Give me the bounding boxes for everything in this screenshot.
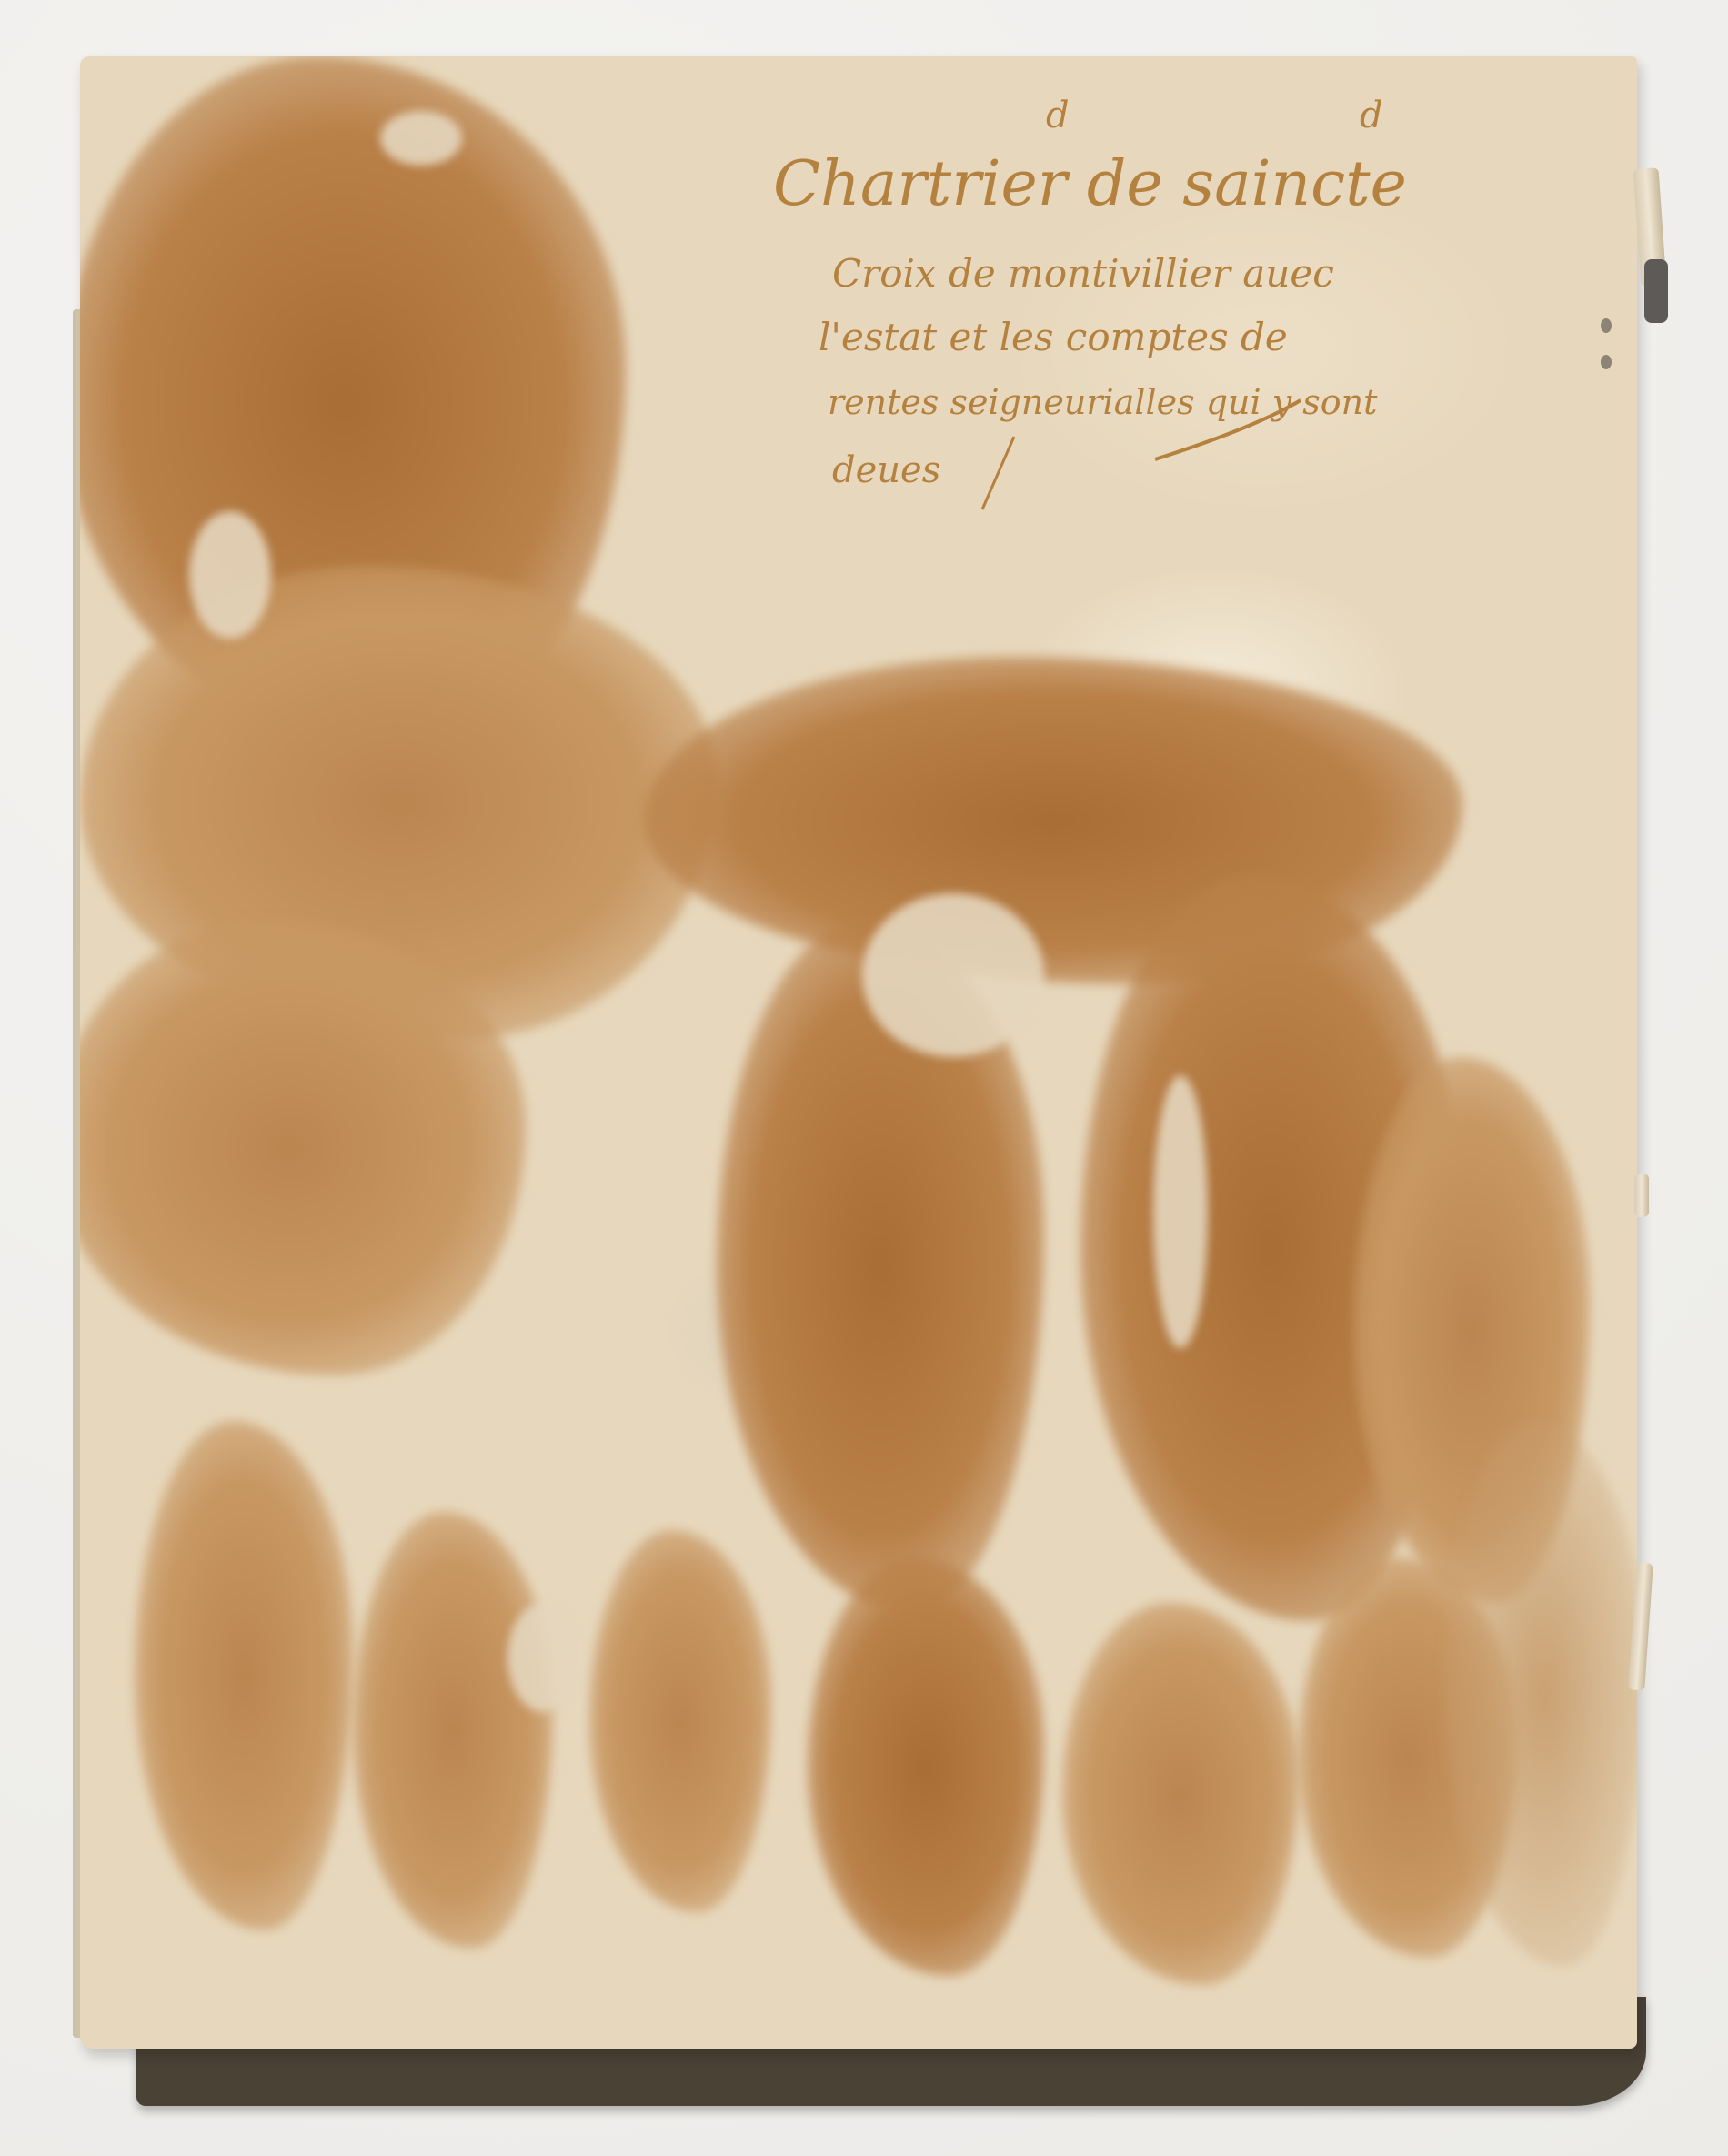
binding-knot (1644, 259, 1668, 323)
sewing-hole (1601, 318, 1612, 333)
fur-cover (80, 56, 1637, 2049)
fur-patch (1062, 1603, 1299, 1985)
pale-spot (1153, 1075, 1208, 1348)
fur-patch (353, 1512, 553, 1949)
document-photo: d d Chartrier de saincte Croix de montiv… (0, 0, 1728, 2156)
fur-patch (589, 1530, 771, 1912)
pale-spot (507, 1603, 580, 1712)
pale-spot (380, 111, 462, 166)
sewing-hole (1601, 355, 1612, 369)
pale-spot (862, 893, 1044, 1057)
fur-patch (80, 921, 526, 1375)
fur-patch (808, 1557, 1044, 1976)
fur-patch (135, 1421, 353, 1930)
pale-spot (189, 511, 271, 639)
binding-tie (1634, 1174, 1649, 1217)
